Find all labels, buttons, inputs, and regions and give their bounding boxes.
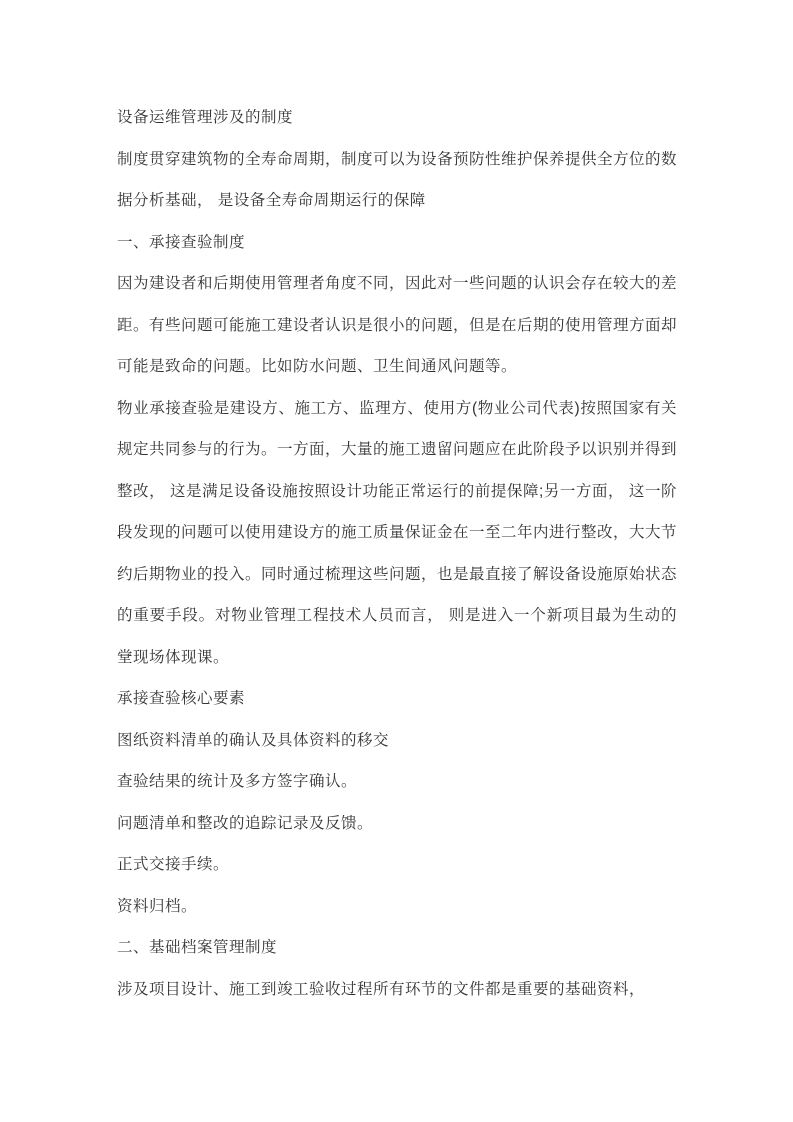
paragraph-intro-line-1: 制度贯穿建筑物的全寿命周期，制度可以为设备预防性维护保养提供全方位的数 <box>117 139 677 181</box>
paragraph-2-line-7: 堂现场体现课。 <box>117 637 677 679</box>
paragraph-2-line-4: 段发现的问题可以使用建设方的施工质量保证金在一至二年内进行整改，大大节 <box>117 512 677 554</box>
list-item-2: 查验结果的统计及多方签字确认。 <box>117 761 677 803</box>
paragraph-3-line-1: 涉及项目设计、施工到竣工验收过程所有环节的文件都是重要的基础资料， <box>117 969 677 1011</box>
paragraph-2-line-5: 约后期物业的投入。同时通过梳理这些问题，也是最直接了解设备设施原始状态 <box>117 554 677 596</box>
list-item-1: 图纸资料清单的确认及具体资料的移交 <box>117 720 677 762</box>
subheading-core-elements: 承接查验核心要素 <box>117 678 677 720</box>
section-heading-2: 二、基础档案管理制度 <box>117 927 677 969</box>
list-item-5: 资料归档。 <box>117 886 677 928</box>
paragraph-2-line-1: 物业承接查验是建设方、施工方、监理方、使用方(物业公司代表)按照国家有关 <box>117 388 677 430</box>
doc-title: 设备运维管理涉及的制度 <box>117 97 677 139</box>
paragraph-intro-line-2: 据分析基础， 是设备全寿命周期运行的保障 <box>117 180 677 222</box>
paragraph-1-line-1: 因为建设者和后期使用管理者角度不同，因此对一些问题的认识会存在较大的差 <box>117 263 677 305</box>
paragraph-2-line-3: 整改， 这是满足设备设施按照设计功能正常运行的前提保障;另一方面， 这一阶 <box>117 471 677 513</box>
paragraph-1-line-3: 可能是致命的问题。比如防水问题、卫生间通风问题等。 <box>117 346 677 388</box>
section-heading-1: 一、承接查验制度 <box>117 222 677 264</box>
paragraph-2-line-6: 的重要手段。对物业管理工程技术人员而言， 则是进入一个新项目最为生动的一 <box>117 595 677 637</box>
list-item-4: 正式交接手续。 <box>117 844 677 886</box>
document-body: 设备运维管理涉及的制度制度贯穿建筑物的全寿命周期，制度可以为设备预防性维护保养提… <box>117 97 677 1010</box>
paragraph-2-line-2: 规定共同参与的行为。一方面，大量的施工遗留问题应在此阶段予以识别并得到 <box>117 429 677 471</box>
document-page: 设备运维管理涉及的制度制度贯穿建筑物的全寿命周期，制度可以为设备预防性维护保养提… <box>0 0 793 1122</box>
page: { "page": { "background": "#ffffff", "te… <box>0 0 793 1122</box>
paragraph-1-line-2: 距。有些问题可能施工建设者认识是很小的问题，但是在后期的使用管理方面却 <box>117 305 677 347</box>
list-item-3: 问题清单和整改的追踪记录及反馈。 <box>117 803 677 845</box>
